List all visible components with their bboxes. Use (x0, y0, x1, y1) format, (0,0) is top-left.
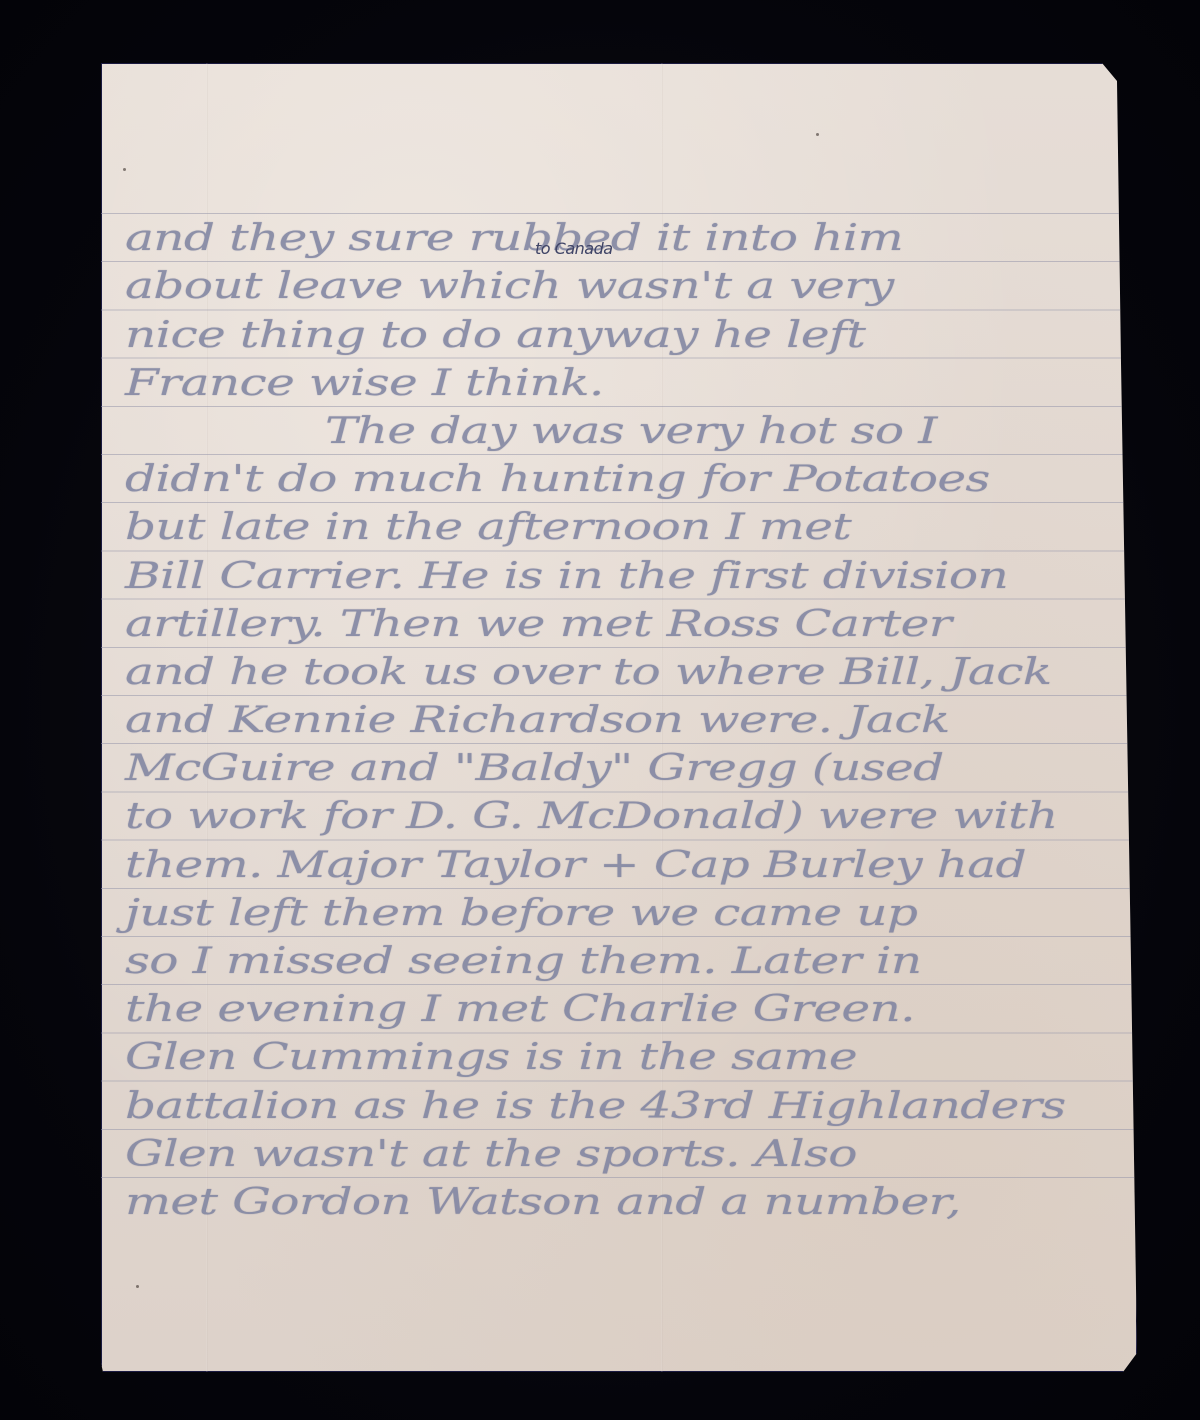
text-line: Bill Carrier. He is in the first divisio… (125, 550, 1115, 598)
handwritten-text: and they sure rubbed it into him to Cana… (125, 213, 1115, 1225)
text-line: them. Major Taylor + Cap Burley had (125, 839, 1115, 887)
text-line: met Gordon Watson and a number, (125, 1177, 1115, 1225)
caret-insertion: to Canada (535, 239, 613, 258)
paper-speck (123, 168, 126, 171)
text-line: McGuire and "Baldy" Gregg (used (125, 743, 1115, 791)
text-line: to Canada about leave which wasn't a ver… (125, 261, 1115, 309)
text-line: battalion as he is the 43rd Highlanders (125, 1080, 1115, 1128)
text-line: and he took us over to where Bill, Jack (125, 647, 1115, 695)
text-line: Glen Cummings is in the same (125, 1032, 1115, 1080)
paper-speck (136, 1285, 139, 1288)
text-line: but late in the afternoon I met (125, 502, 1115, 550)
text-line: Glen wasn't at the sports. Also (125, 1129, 1115, 1177)
text-line: nice thing to do anyway he left (125, 309, 1115, 357)
text-line: didn't do much hunting for Potatoes (125, 454, 1115, 502)
text-line: France wise I think. (125, 358, 1115, 406)
letter-page: and they sure rubbed it into him to Cana… (101, 63, 1137, 1372)
text-line: so I missed seeing them. Later in (125, 936, 1115, 984)
text-line: and Kennie Richardson were. Jack (125, 695, 1115, 743)
text-line: The day was very hot so I (125, 406, 1115, 454)
paper-speck (816, 133, 819, 136)
text-line: and they sure rubbed it into him (125, 213, 1115, 261)
text-line: the evening I met Charlie Green. (125, 984, 1115, 1032)
text-line: artillery. Then we met Ross Carter (125, 599, 1115, 647)
text-line: just left them before we came up (125, 888, 1115, 936)
text-line: to work for D. G. McDonald) were with (125, 791, 1115, 839)
